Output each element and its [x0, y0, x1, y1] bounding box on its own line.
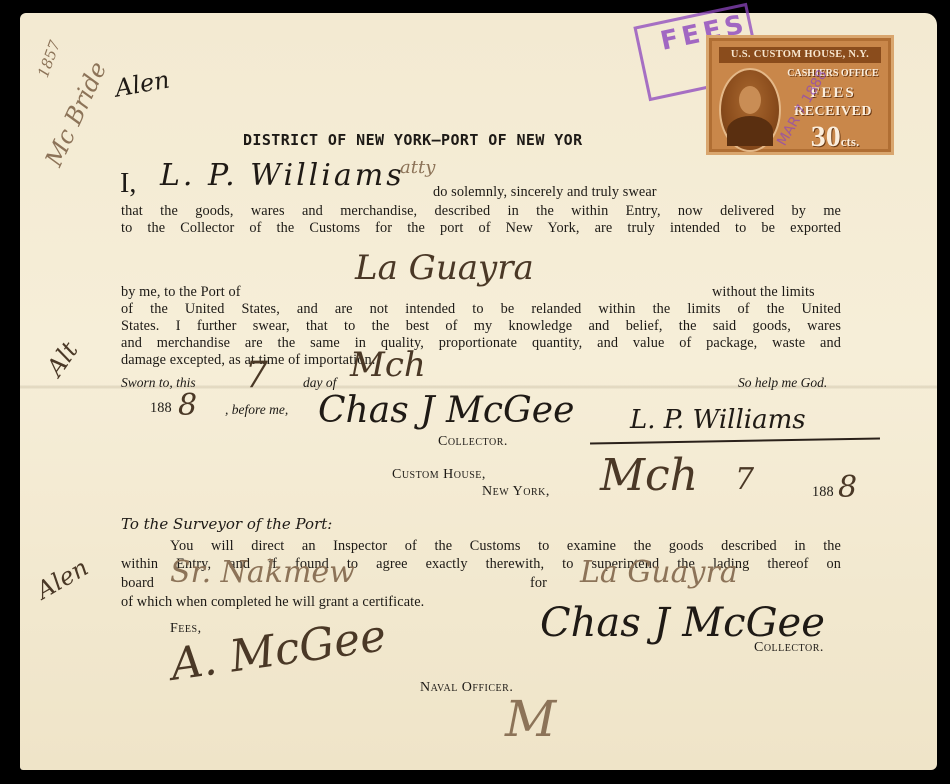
stamp-banner: U.S. CUSTOM HOUSE, N.Y. — [719, 47, 881, 63]
fees-label: Fees, — [170, 621, 202, 637]
sworn-year-prefix: 188 — [150, 400, 172, 417]
surveyor-for-label: for — [530, 575, 547, 592]
naval-officer-label: Naval Officer. — [420, 680, 513, 696]
collector-signature-1: Chas J McGee — [318, 390, 574, 431]
before-me-label: , before me, — [225, 402, 288, 418]
surveyor-salutation: To the Surveyor of the Port: — [121, 515, 332, 533]
custom-house-month: Mch — [600, 450, 698, 501]
custom-house-year-prefix: 188 — [812, 484, 834, 501]
sworn-year-suffix: 8 — [178, 388, 197, 423]
oath-line-7: and merchandise are the same in quality,… — [121, 335, 841, 352]
surveyor-destination: La Guayra — [580, 555, 738, 590]
oath-opening: I, — [120, 168, 136, 200]
oath-line-5: of the United States, and are not intend… — [121, 301, 841, 318]
collector-label-1: Collector. — [438, 434, 508, 450]
custom-house-year-suffix: 8 — [838, 470, 857, 505]
sworn-day: 7 — [245, 355, 268, 396]
surveyor-line-4: of which when completed he will grant a … — [121, 594, 424, 611]
collector-label-2: Collector. — [754, 640, 824, 656]
oath-line-3: to the Collector of the Customs for the … — [121, 220, 841, 237]
oath-line-4-start: by me, to the Port of — [121, 284, 241, 301]
surveyor-line-3-start: board — [121, 575, 154, 592]
surveyor-line-1: You will direct an Inspector of the Cust… — [170, 538, 841, 555]
oath-line-6: States. I further swear, that to the bes… — [121, 318, 841, 335]
oath-line-2: that the goods, wares and merchandise, d… — [121, 203, 841, 220]
document-heading: DISTRICT OF NEW YORK—PORT OF NEW YOR — [243, 131, 583, 149]
deponent-signature: L. P. Williams — [630, 405, 806, 435]
initials-handwritten: M — [505, 690, 556, 748]
signer-suffix: atty — [400, 157, 435, 178]
stamp-cashiers-office: CASHIERS OFFICE — [781, 68, 885, 79]
stamp-portrait-icon — [719, 68, 781, 152]
sworn-month: Mch — [350, 345, 426, 385]
signer-handwritten: L. P. Williams — [160, 158, 405, 193]
so-help-me-god: So help me God. — [738, 375, 827, 391]
oath-line-1: do solemnly, sincerely and truly swear — [433, 184, 657, 201]
custom-house-city: New York, — [482, 484, 550, 500]
vessel-handwritten: Sr. Nakmew — [170, 555, 355, 590]
oath-line-4-end: without the limits — [712, 284, 815, 301]
custom-house-label: Custom House, — [392, 467, 486, 483]
destination-port-handwritten: La Guayra — [355, 248, 534, 288]
day-of-label: day of — [303, 375, 336, 391]
custom-house-day: 7 — [735, 462, 754, 497]
